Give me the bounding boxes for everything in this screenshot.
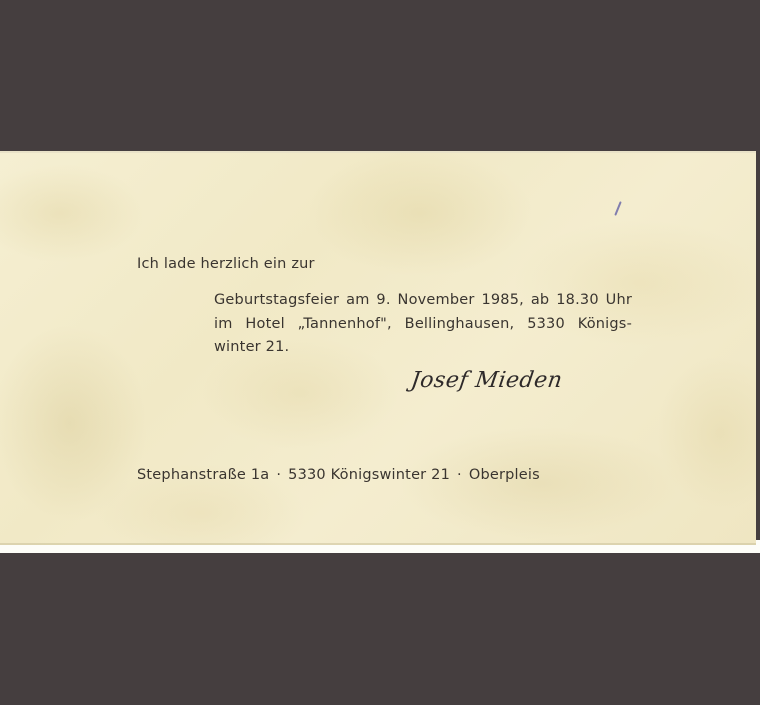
- greeting-line: Ich lade herzlich ein zur: [137, 256, 315, 272]
- details-line-2: im Hotel „Tannenhof", Bellinghausen, 533…: [214, 313, 632, 337]
- details-line-1: Geburtstagsfeier am 9. November 1985, ab…: [214, 289, 632, 313]
- event-details: Geburtstagsfeier am 9. November 1985, ab…: [214, 289, 632, 360]
- details-line-3: winter 21.: [214, 336, 632, 360]
- signature: Josef Mieden: [409, 368, 564, 393]
- address-separator: ·: [457, 467, 462, 483]
- address-separator: ·: [276, 467, 281, 483]
- sender-address: Stephanstraße 1a·5330 Königswinter 21·Ob…: [137, 467, 540, 483]
- address-district: Oberpleis: [469, 467, 540, 483]
- address-city: 5330 Königswinter 21: [288, 467, 450, 483]
- address-street: Stephanstraße 1a: [137, 467, 269, 483]
